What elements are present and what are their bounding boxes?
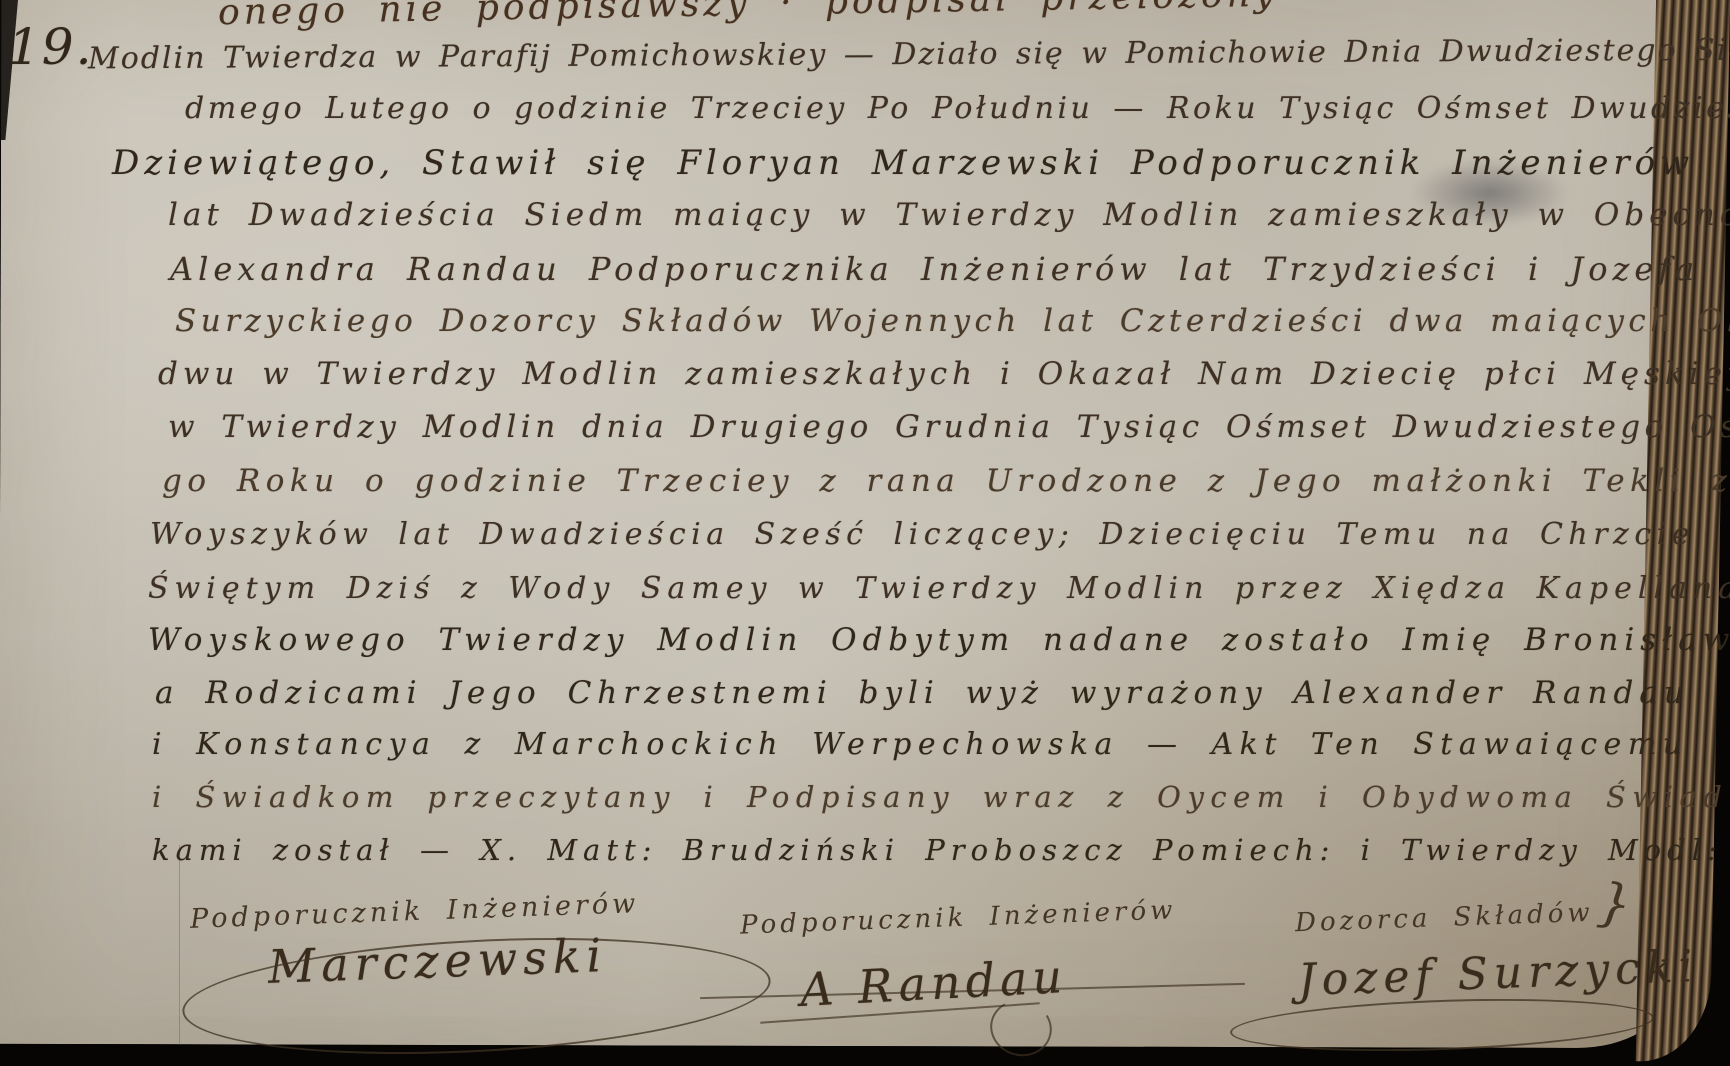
record-text-line: go Roku o godzinie Trzeciey z rana Urodz…	[162, 466, 1730, 497]
record-text-line: Woyszyków lat Dwadzieścia Sześć liczącey…	[150, 520, 1695, 550]
record-text-line: i Świadkom przeczytany i Podpisany wraz …	[152, 783, 1728, 812]
record-text-line: a Rodzicami Jego Chrzestnemi byli wyż wy…	[155, 678, 1690, 709]
record-text-line: i Konstancya z Marchockich Werpechowska …	[152, 730, 1689, 760]
record-text-line: Surzyckiego Dozorcy Składów Wojennych la…	[175, 306, 1730, 337]
record-text-line: Woyskowego Twierdzy Modlin Odbytym nadan…	[148, 625, 1730, 656]
record-text-line: Dziewiątego, Stawił się Floryan Marzewsk…	[112, 146, 1694, 180]
margin-crease-line	[179, 845, 180, 1045]
record-text-line: w Twierdzy Modlin dnia Drugiego Grudnia …	[168, 412, 1730, 443]
record-text-line: Alexandra Randau Podporucznika Inżenieró…	[170, 253, 1699, 285]
scanned-register-photo: { "doc": { "record_number": "19.", "top_…	[0, 0, 1730, 1066]
record-text-line: Modlin Twierdza w Parafij Pomichowskiey …	[88, 36, 1730, 75]
record-text-line: kami został — X. Matt: Brudziński Probos…	[152, 836, 1723, 865]
record-text-line: dmego Lutego o godzinie Trzeciey Po Połu…	[185, 94, 1730, 124]
record-text-line: lat Dwadzieścia Siedm maiący w Twierdzy …	[168, 200, 1730, 231]
record-number: 19.	[8, 22, 94, 72]
record-text-line: Świętym Dziś z Wody Samey w Twierdzy Mod…	[148, 574, 1730, 604]
record-text-line: dwu w Twierdzy Modlin zamieszkałych i Ok…	[158, 359, 1730, 390]
